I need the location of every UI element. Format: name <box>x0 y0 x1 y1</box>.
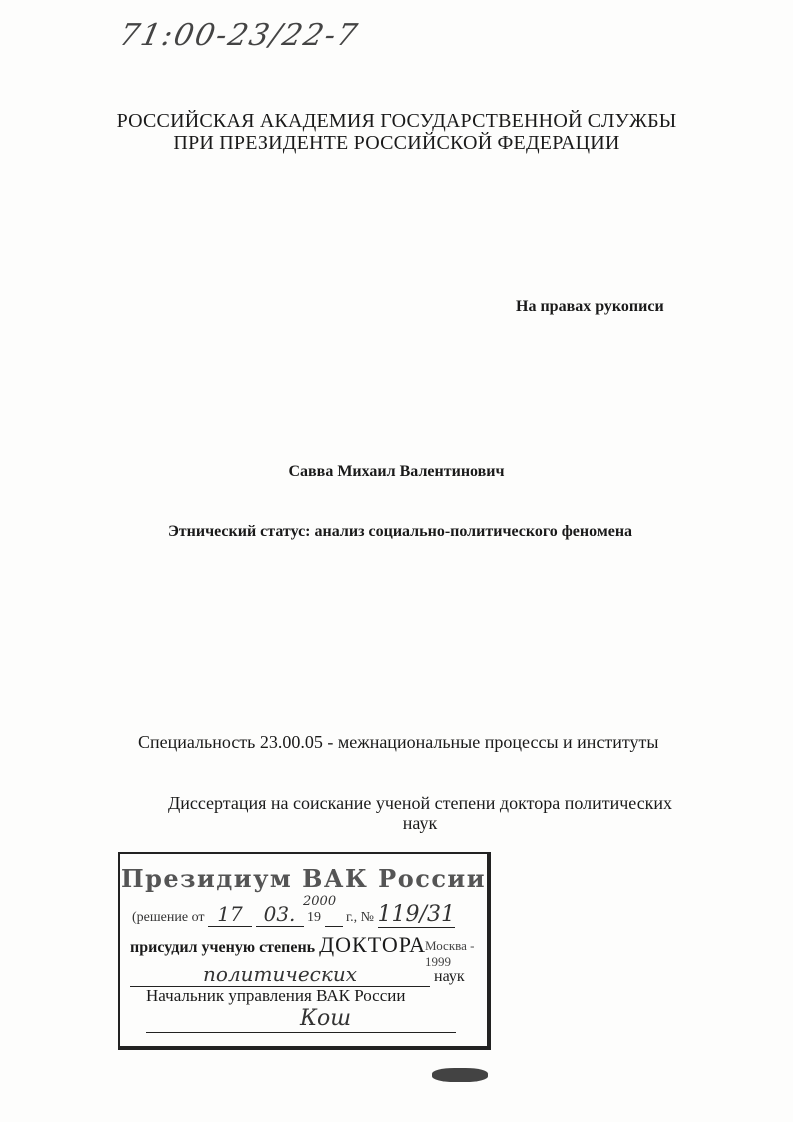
degree-line-1: Диссертация на соискание ученой степени … <box>140 793 700 813</box>
author-name: Савва Михаил Валентинович <box>0 463 793 481</box>
stamp-title: Президиум ВАК России <box>120 864 487 893</box>
organization-line-2: ПРИ ПРЕЗИДЕНТЕ РОССИЙСКОЙ ФЕДЕРАЦИИ <box>0 132 793 154</box>
decision-prefix: (решение от <box>132 910 205 925</box>
organization-line-1: РОССИЙСКАЯ АКАДЕМИЯ ГОСУДАРСТВЕННОЙ СЛУЖ… <box>0 110 793 132</box>
science-label: наук <box>434 968 465 985</box>
signature: Кош <box>300 1006 351 1031</box>
chief-label: Начальник управления ВАК России <box>146 986 487 1006</box>
science-field: политических <box>130 962 430 987</box>
stamp-decision: (решение от 17 03. 2000 19 г., № 119/31 <box>132 902 487 928</box>
stamp-science: политических наук <box>130 962 487 987</box>
specialty-line: Специальность 23.00.05 - межнациональные… <box>138 732 659 753</box>
decision-month: 03. <box>256 902 304 927</box>
awarded-degree: ДОКТОРА <box>319 932 426 957</box>
signature-line <box>146 1032 456 1033</box>
organization-header: РОССИЙСКАЯ АКАДЕМИЯ ГОСУДАРСТВЕННОЙ СЛУЖ… <box>0 110 793 154</box>
vak-stamp: Президиум ВАК России (решение от 17 03. … <box>118 852 491 1050</box>
rights-note: На правах рукописи <box>516 298 664 316</box>
dissertation-title: Этнический статус: анализ социально-поли… <box>0 523 793 541</box>
awarded-label: присудил ученую степень <box>130 939 315 956</box>
archive-code: 71:00-23/22-7 <box>116 18 362 53</box>
decision-year-suffix: г., № <box>346 910 374 925</box>
decision-number: 119/31 <box>378 902 455 928</box>
decision-year-handwritten: 2000 <box>303 894 336 909</box>
degree-line-2: наук <box>140 813 700 833</box>
dissertation-degree: Диссертация на соискание ученой степени … <box>140 793 700 833</box>
ink-blot <box>432 1068 488 1082</box>
decision-day: 17 <box>208 902 252 927</box>
decision-year-printed: 19 <box>307 910 321 925</box>
